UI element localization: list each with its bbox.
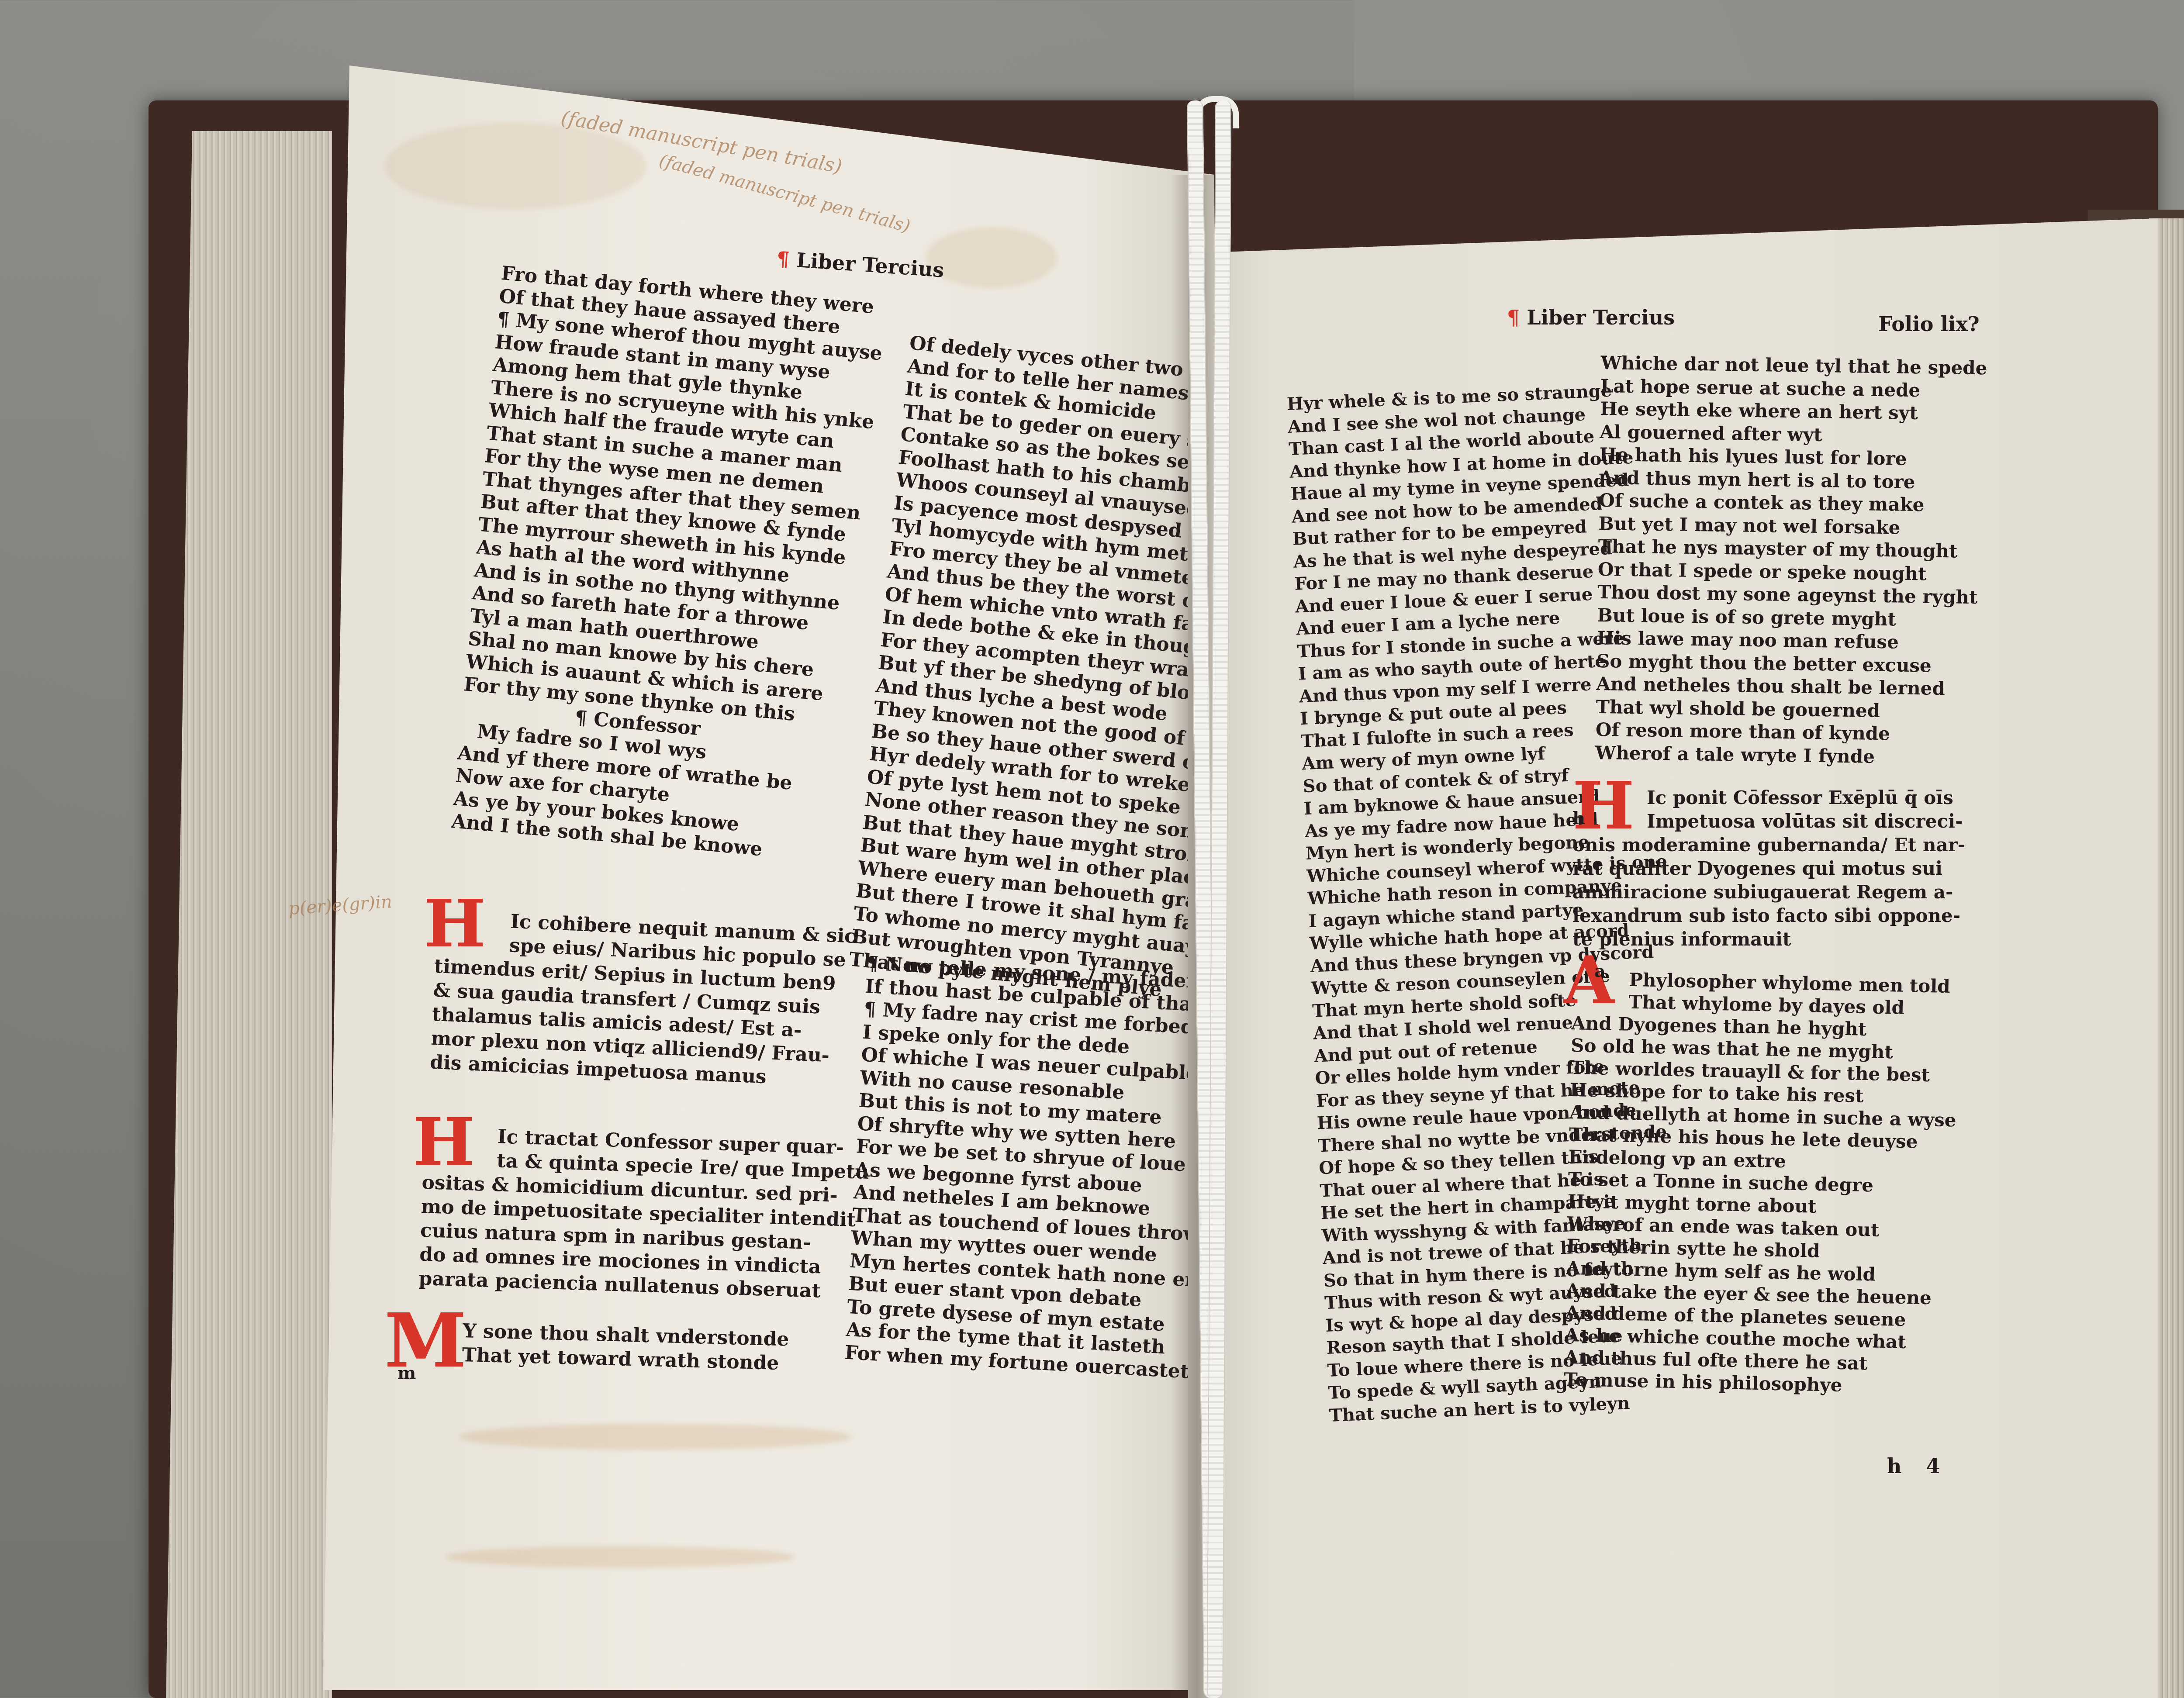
latin-line: ammiracione subiugauerat Regem a- — [1572, 880, 1965, 904]
latin-gloss-1: Ic cohibere nequit manum & sic spe eius/… — [429, 906, 857, 1093]
latin-line: lexandrum sub isto facto sibi oppone- — [1572, 904, 1965, 928]
signature-mark: h 4 — [1887, 1454, 1940, 1478]
pilcrow-mark: ¶ — [1507, 306, 1520, 329]
tale-of-diogenes: Phylosopher whylome men told That whylom… — [1564, 967, 1959, 1398]
pilcrow-mark: ¶ — [776, 247, 790, 271]
stain-mark — [446, 1546, 795, 1568]
latin-line: Ic ponit Cōfessor Exēplū q̄ oīs — [1572, 786, 1965, 810]
signature-letter: h — [1887, 1454, 1901, 1478]
right-page-column-2: Whiche dar not leue tyl that he spede La… — [1595, 352, 1987, 770]
running-head-right: ¶ Liber Tercius — [1507, 306, 1675, 329]
latin-line: Impetuosa volūtas sit discreci- — [1572, 810, 1965, 833]
stain-mark — [459, 1424, 852, 1450]
latin-line: rat qualiter Dyogenes qui motus sui — [1572, 857, 1965, 880]
verse-start-block: Y sone thou shalt vnderstonde That yet t… — [462, 1319, 789, 1376]
latin-line: onis moderamine gubernanda/ Et nar- — [1572, 833, 1965, 857]
signature-number: 4 — [1926, 1454, 1940, 1478]
red-initial-m: M — [384, 1304, 467, 1378]
left-page-column-1: Fro that day forth where they were Of th… — [450, 262, 888, 868]
latin-gloss-2: Ic tractat Confessor super quar- ta & qu… — [418, 1122, 870, 1305]
guide-letter: m — [397, 1363, 416, 1383]
latin-line: te plenius informauit — [1572, 928, 1965, 951]
latin-gloss-right: Ic ponit Cōfessor Exēplū q̄ oīs Impetuos… — [1572, 786, 1965, 951]
stain-mark — [926, 227, 1057, 288]
folio-number: Folio lix? — [1878, 312, 1980, 336]
running-head-text: Liber Tercius — [1527, 306, 1675, 329]
